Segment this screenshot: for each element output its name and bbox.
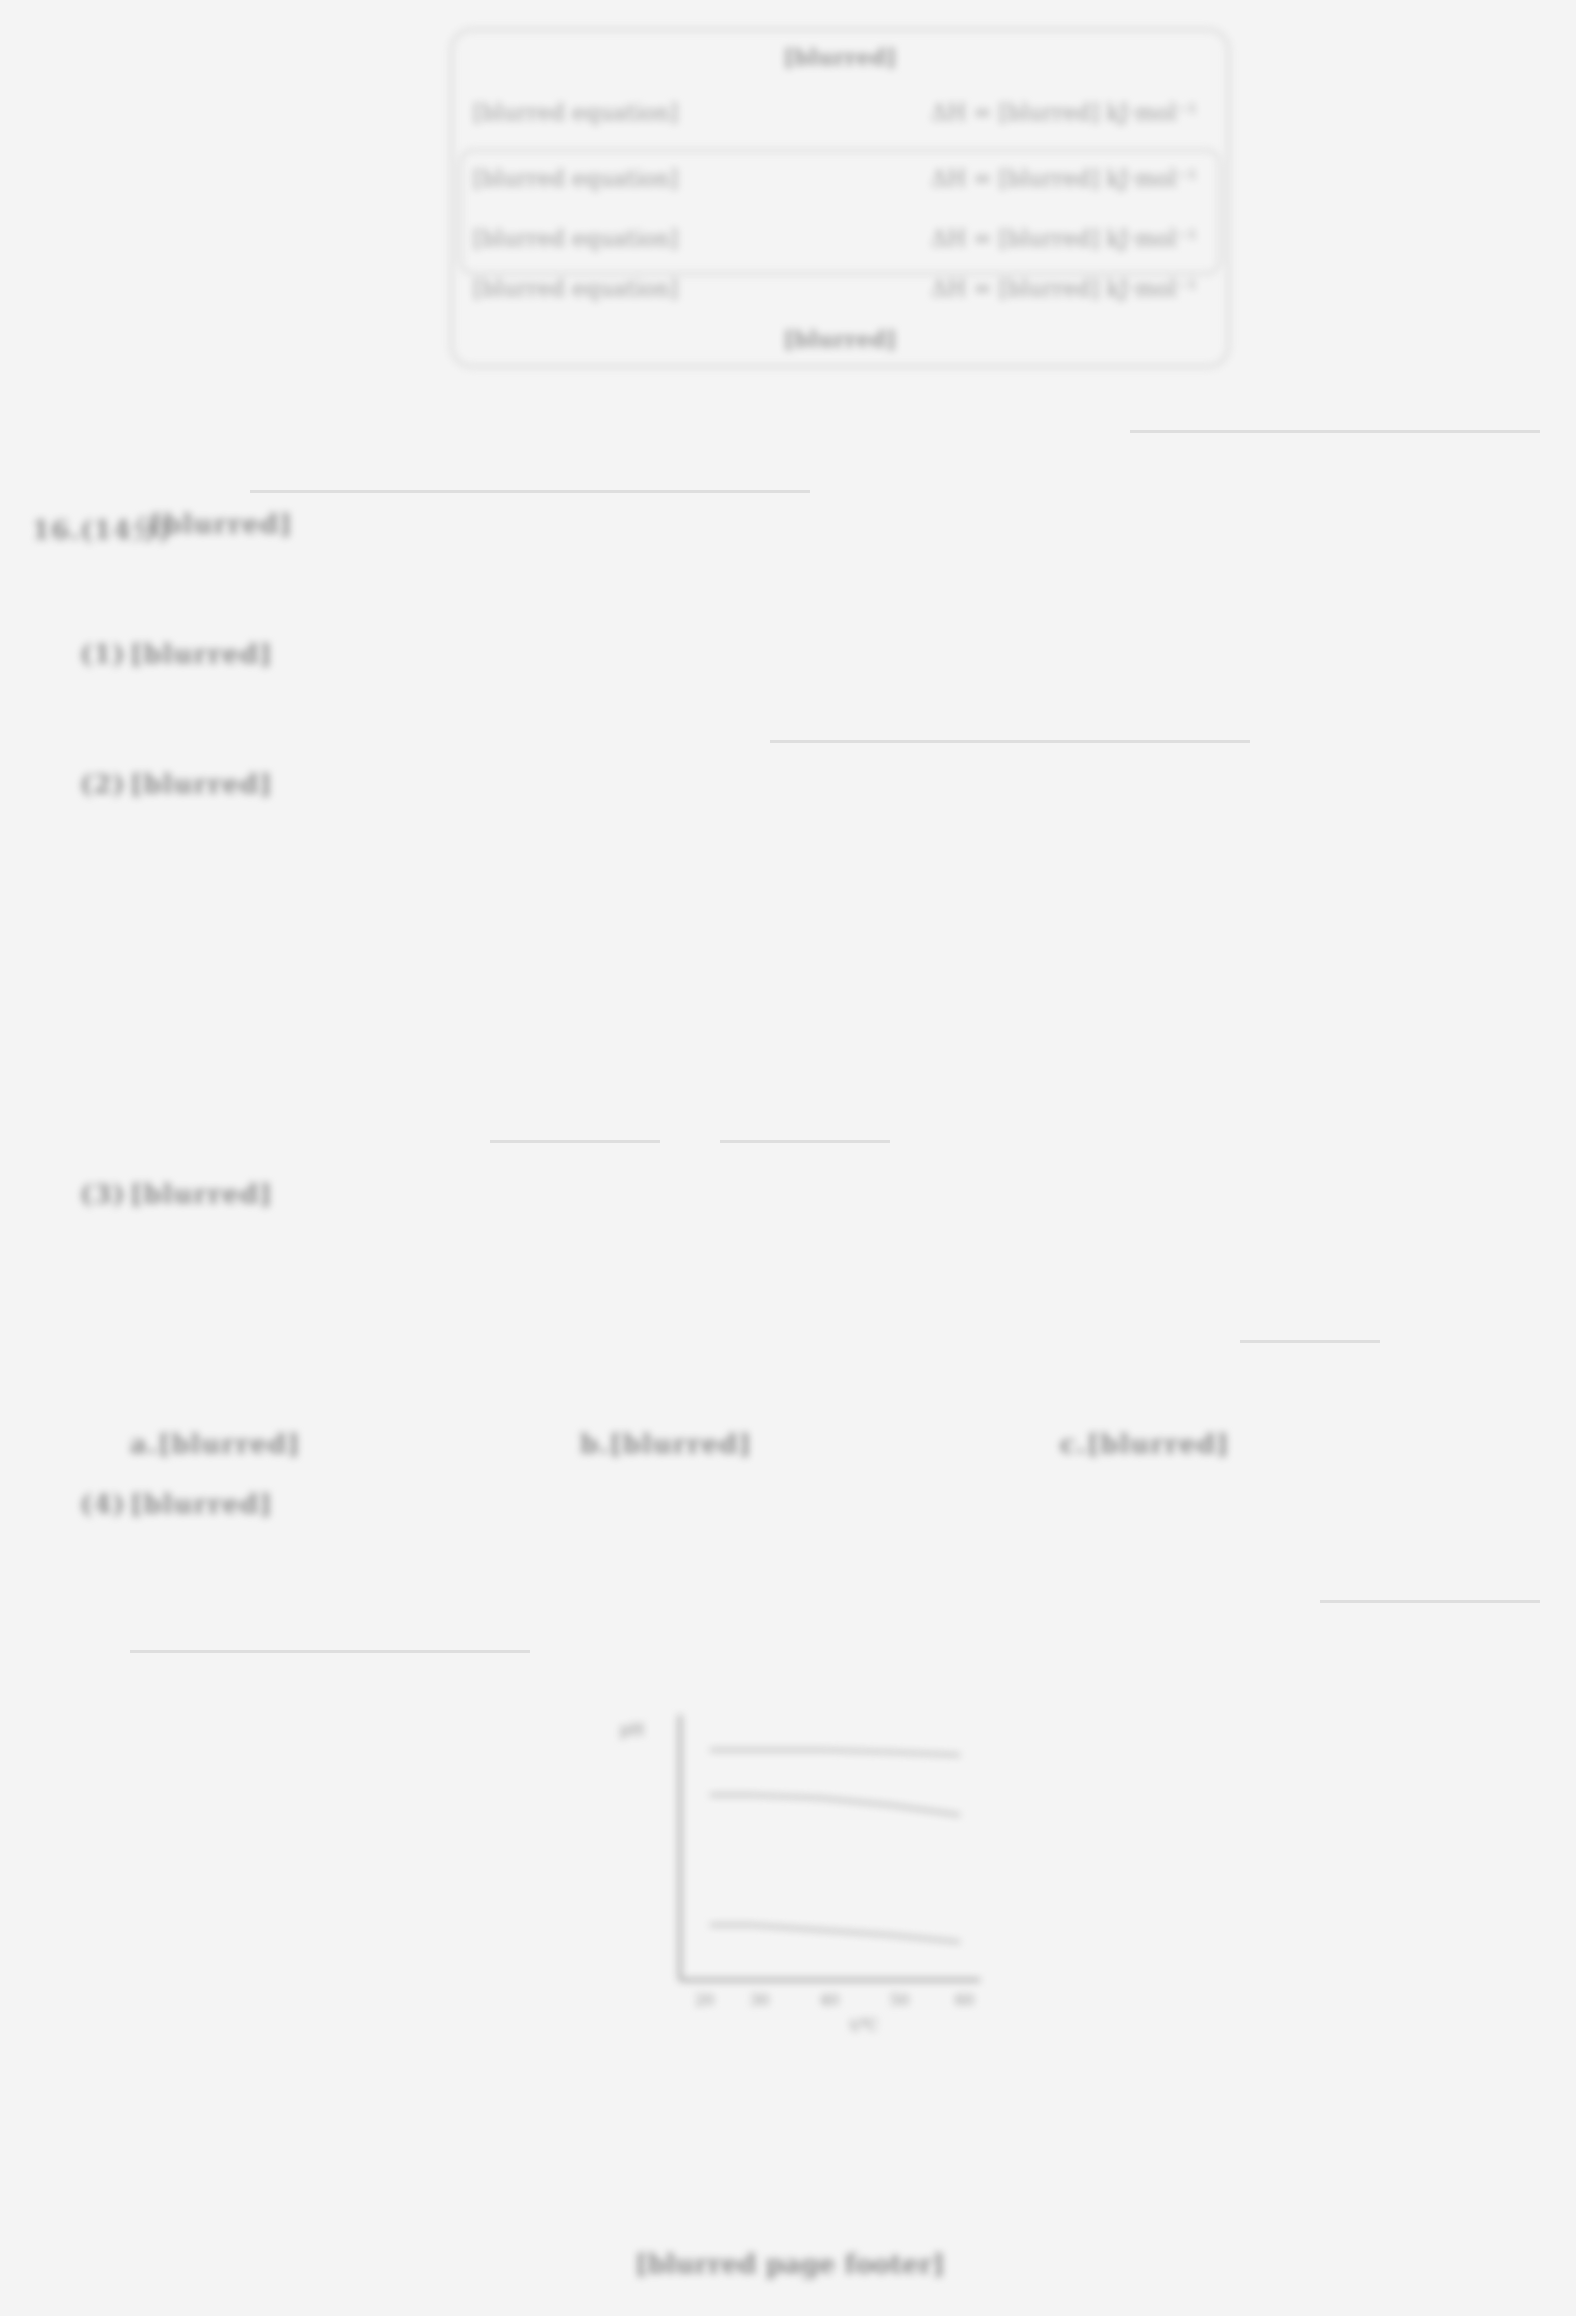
answer-blank [490, 1140, 660, 1143]
answer-blank [1320, 1600, 1540, 1603]
answer-blank [250, 490, 810, 493]
question-part: (2) [blurred] [0, 770, 1576, 814]
answer-blank [1130, 430, 1540, 433]
info-row: [blurred equation] ΔH = [blurred] kJ·mol… [473, 167, 1207, 207]
svg-text:60: 60 [955, 1991, 974, 2009]
info-box-footer: [blurred] [473, 327, 1207, 367]
answer-blank [720, 1140, 890, 1143]
page-footer: [blurred page footer] [540, 2250, 1040, 2290]
svg-text:20: 20 [695, 1991, 714, 2009]
ph-temperature-chart: pH 2030 405060 t/℃ [600, 1680, 1000, 2040]
info-box-title: [blurred] [473, 45, 1207, 85]
question-heading: 16.(14分) [blurred] [0, 510, 1576, 554]
answer-blank [1240, 1340, 1380, 1343]
answer-blank [770, 740, 1250, 743]
y-axis-label: pH [620, 1720, 644, 1739]
svg-text:50: 50 [890, 1991, 909, 2009]
question-part: (1) [blurred] [0, 640, 1576, 684]
svg-text:40: 40 [820, 1991, 839, 2009]
chart-svg: pH 2030 405060 t/℃ [600, 1680, 1000, 2040]
reaction-info-box: [blurred] [blurred equation] ΔH = [blurr… [450, 28, 1230, 368]
info-row: [blurred equation] ΔH = [blurred] kJ·mol… [473, 101, 1207, 141]
x-axis-label: t/℃ [850, 2016, 878, 2034]
x-axis-ticks: 2030 405060 [695, 1991, 974, 2009]
svg-text:30: 30 [750, 1991, 769, 2009]
question-part: (4) [blurred] [0, 1490, 1576, 1534]
info-row: [blurred equation] ΔH = [blurred] kJ·mol… [473, 227, 1207, 267]
question-options: a.[blurred] b.[blurred] c.[blurred] [0, 1430, 1576, 1474]
question-part: (3) [blurred] [0, 1180, 1576, 1224]
answer-blank [130, 1650, 530, 1653]
info-row: [blurred equation] ΔH = [blurred] kJ·mol… [473, 277, 1207, 317]
